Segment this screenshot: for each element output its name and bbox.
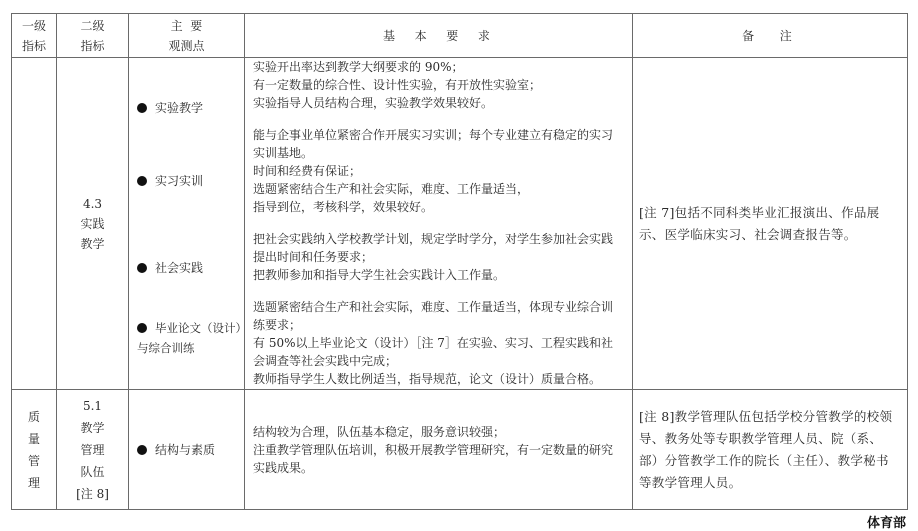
header-requirements-label: 基 本 要 求 xyxy=(383,29,494,43)
evaluation-table: 一级 指标 二级 指标 主 要 观测点 基 本 要 求 备 注 4.3 实践 教… xyxy=(11,13,908,510)
requirement-line: 把教师参加和指导大学生社会实践计入工作量。 xyxy=(253,266,624,284)
table-row: 质 量 管 理 5.1 教学 管理 队伍 [注 8] 结构与素质 结构较为合理，… xyxy=(12,390,908,510)
observation-cell: 结构与素质 xyxy=(129,390,245,510)
bullet-icon xyxy=(137,103,147,113)
remark-cell: [注 7]包括不同科类毕业汇报演出、作品展示、医学临床实习、社会调查报告等。 xyxy=(633,58,908,390)
header-observation: 主 要 观测点 xyxy=(129,14,245,58)
requirement-group-thesis: 选题紧密结合生产和社会实际，难度、工作量适当，体现专业综合训练要求； 有 50%… xyxy=(253,298,624,388)
level1-char: 管 xyxy=(12,450,56,472)
observation-label: 结构与素质 xyxy=(155,441,215,458)
requirement-line: 时间和经费有保证； xyxy=(253,162,624,180)
header-level2-line1: 二级 xyxy=(57,16,128,36)
observation-item: 结构与素质 xyxy=(137,441,244,458)
level2-line: 教学 xyxy=(57,417,128,439)
header-level2-line2: 指标 xyxy=(57,36,128,56)
observation-label: 实验教学 xyxy=(155,98,203,118)
level2-code: 4.3 xyxy=(57,194,128,214)
level2-note-ref: [注 8] xyxy=(57,483,128,505)
requirement-line: 指导到位，考核科学，效果较好。 xyxy=(253,198,624,216)
bullet-icon xyxy=(137,263,147,273)
header-level1: 一级 指标 xyxy=(12,14,57,58)
requirement-line: 选题紧密结合生产和社会实际，难度、工作量适当， xyxy=(253,180,624,198)
requirement-line: 有 50%以上毕业论文（设计）［注 7］在实验、实习、工程实践和社会调查等社会实… xyxy=(253,334,624,370)
header-observation-line1: 主 要 xyxy=(129,16,244,36)
header-observation-line2: 观测点 xyxy=(129,36,244,56)
requirement-group-internship: 能与企事业单位紧密合作开展实习实训；每个专业建立有稳定的实习实训基地。 时间和经… xyxy=(253,126,624,216)
requirement-line: 教师指导学生人数比例适当，指导规范，论文（设计）质量合格。 xyxy=(253,370,624,388)
requirement-line: 把社会实践纳入学校教学计划，规定学时学分，对学生参加社会实践提出时间和任务要求； xyxy=(253,230,624,266)
bullet-icon xyxy=(137,445,147,455)
level2-line: 管理 xyxy=(57,439,128,461)
bullet-icon xyxy=(137,176,147,186)
header-level1-line1: 一级 xyxy=(12,16,56,36)
header-remarks: 备 注 xyxy=(633,14,908,58)
requirement-group-social-practice: 把社会实践纳入学校教学计划，规定学时学分，对学生参加社会实践提出时间和任务要求；… xyxy=(253,230,624,284)
header-level2: 二级 指标 xyxy=(57,14,129,58)
observation-label: 实习实训 xyxy=(155,171,203,191)
level1-cell: 质 量 管 理 xyxy=(12,390,57,510)
observation-label: 毕业论文（设计）与综合训练 xyxy=(137,318,243,358)
requirement-line: 选题紧密结合生产和社会实际，难度、工作量适当，体现专业综合训练要求； xyxy=(253,298,624,334)
level2-code: 5.1 xyxy=(57,395,128,417)
level2-line: 实践 xyxy=(57,214,128,234)
level2-cell: 4.3 实践 教学 xyxy=(57,58,129,390)
level2-line: 教学 xyxy=(57,234,128,254)
header-row: 一级 指标 二级 指标 主 要 观测点 基 本 要 求 备 注 xyxy=(12,14,908,58)
table-row: 4.3 实践 教学 实验教学 实习实训 社会实践 毕业论文（设计）与综合训练 xyxy=(12,58,908,390)
observation-item: 社会实践 xyxy=(137,258,203,278)
requirement-line: 能与企事业单位紧密合作开展实习实训；每个专业建立有稳定的实习实训基地。 xyxy=(253,126,624,162)
remark-note-7: [注 7]包括不同科类毕业汇报演出、作品展示、医学临床实习、社会调查报告等。 xyxy=(639,205,879,242)
observation-item: 实习实训 xyxy=(137,171,203,191)
remark-note-8: [注 8]教学管理队伍包括学校分管教学的校领导、教务处等专职教学管理人员、院（系… xyxy=(639,409,892,490)
level2-cell: 5.1 教学 管理 队伍 [注 8] xyxy=(57,390,129,510)
level1-char: 质 xyxy=(12,406,56,428)
observation-item: 毕业论文（设计）与综合训练 xyxy=(137,318,243,358)
requirement-line: 实验开出率达到教学大纲要求的 90%； xyxy=(253,58,624,76)
remark-cell: [注 8]教学管理队伍包括学校分管教学的校领导、教务处等专职教学管理人员、院（系… xyxy=(633,390,908,510)
level2-line: 队伍 xyxy=(57,461,128,483)
level1-char: 量 xyxy=(12,428,56,450)
observation-item: 实验教学 xyxy=(137,98,203,118)
header-level1-line2: 指标 xyxy=(12,36,56,56)
level1-char: 理 xyxy=(12,472,56,494)
observation-label: 社会实践 xyxy=(155,258,203,278)
observation-cell: 实验教学 实习实训 社会实践 毕业论文（设计）与综合训练 xyxy=(129,58,245,390)
header-remarks-label: 备 注 xyxy=(742,29,798,43)
requirement-line: 注重教学管理队伍培训，积极开展教学管理研究，有一定数量的研究实践成果。 xyxy=(253,441,624,477)
requirements-cell: 结构较为合理，队伍基本稳定，服务意识较强； 注重教学管理队伍培训，积极开展教学管… xyxy=(245,390,633,510)
level1-cell xyxy=(12,58,57,390)
requirement-line: 有一定数量的综合性、设计性实验，有开放性实验室； xyxy=(253,76,624,94)
header-requirements: 基 本 要 求 xyxy=(245,14,633,58)
requirement-line: 结构较为合理，队伍基本稳定，服务意识较强； xyxy=(253,423,624,441)
requirement-group-lab: 实验开出率达到教学大纲要求的 90%； 有一定数量的综合性、设计性实验，有开放性… xyxy=(253,58,624,112)
requirement-line: 实验指导人员结构合理，实验教学效果较好。 xyxy=(253,94,624,112)
requirements-cell: 实验开出率达到教学大纲要求的 90%； 有一定数量的综合性、设计性实验，有开放性… xyxy=(245,58,633,390)
footer-source-label: 体育部 xyxy=(867,512,906,531)
